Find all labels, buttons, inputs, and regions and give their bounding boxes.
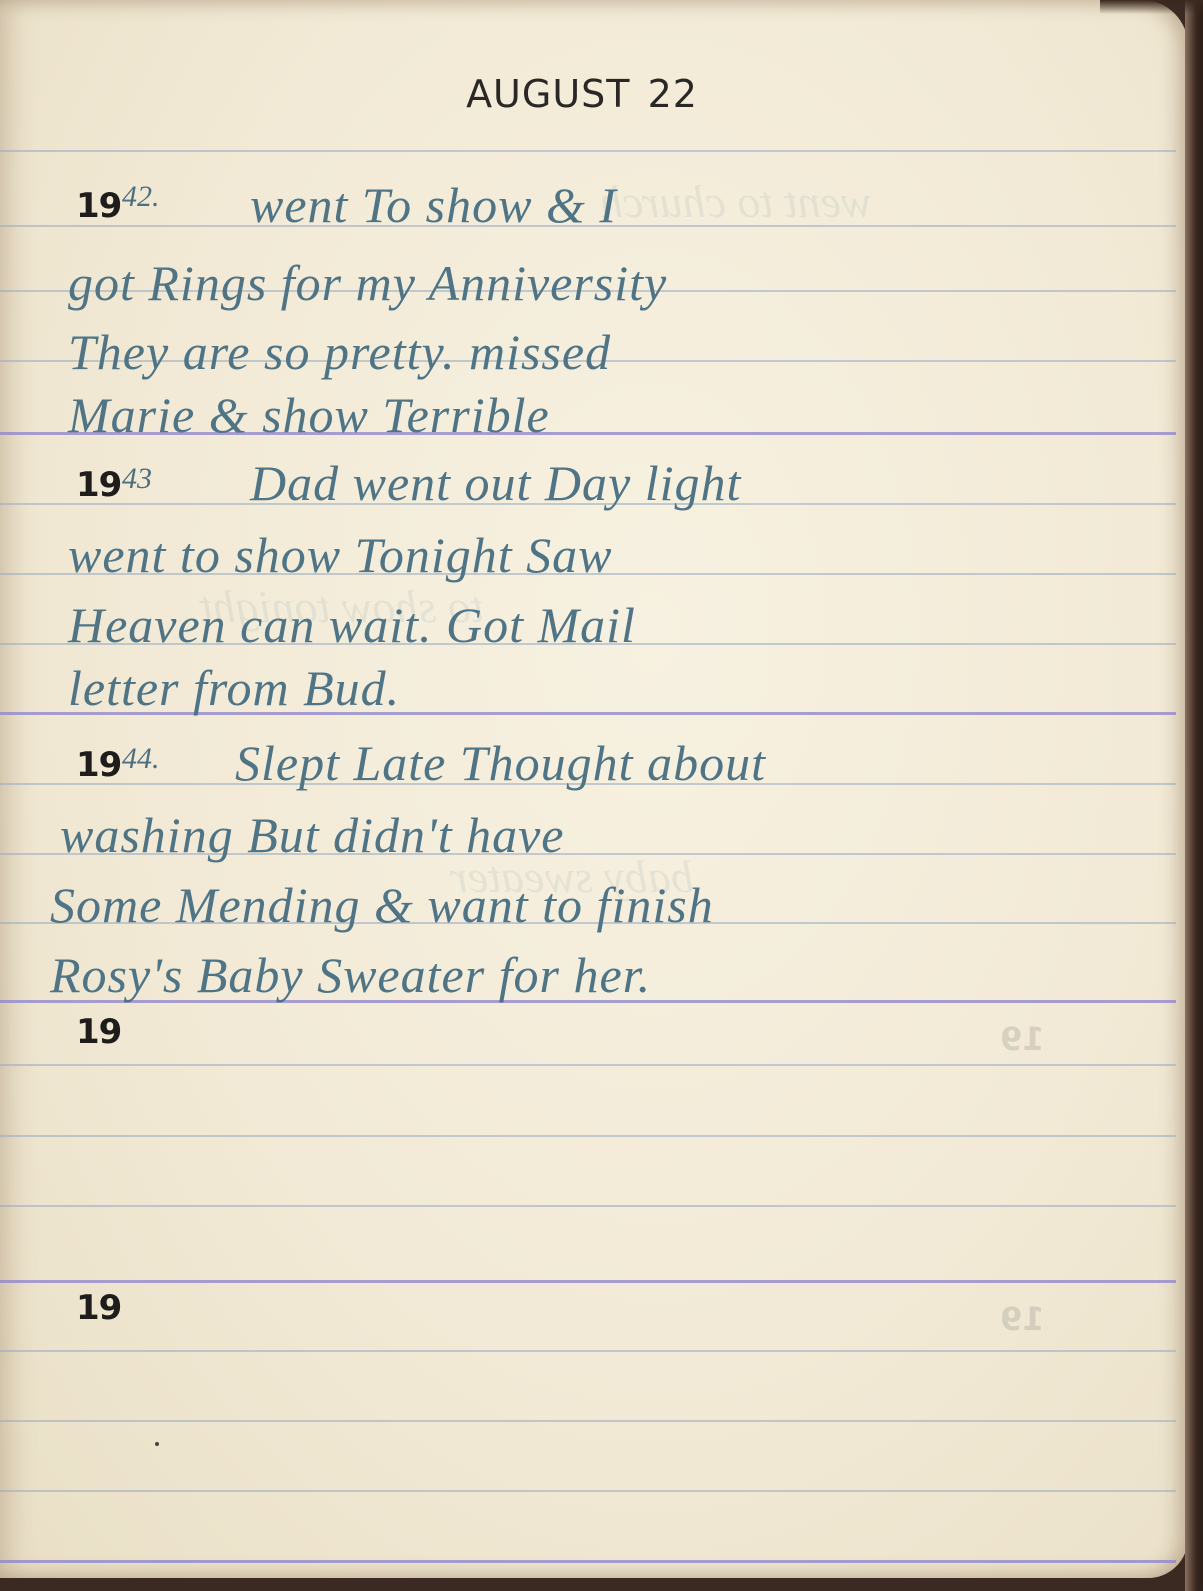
year-prefix: 19 (76, 1012, 121, 1052)
bleed-through-writing: went to church (600, 175, 872, 228)
entry-line: Rosy's Baby Sweater for her. (50, 950, 651, 1000)
ink-speck (155, 1442, 159, 1446)
ruled-line (0, 150, 1176, 152)
bleed-through-year: 19 (1000, 1020, 1045, 1058)
book-edge (1185, 0, 1203, 1591)
ruled-line (0, 1064, 1176, 1066)
ruled-line (0, 1135, 1176, 1137)
year-suffix: 42. (122, 180, 160, 214)
entry-line: got Rings for my Anniversity (68, 258, 667, 308)
ruled-line (0, 1205, 1176, 1207)
page-day: 22 (648, 72, 698, 116)
ruled-line (0, 1420, 1176, 1422)
diary-page: AUGUST 22 went to church to show tonight… (0, 0, 1188, 1578)
entry-line: Slept Late Thought about (235, 738, 766, 788)
bleed-through-year: 19 (1000, 1300, 1045, 1338)
section-divider (0, 1280, 1176, 1283)
entry-line: Heaven can wait. Got Mail (68, 600, 636, 650)
entry-line: Marie & show Terrible (68, 390, 550, 440)
ruled-line (0, 1490, 1176, 1492)
book-edge-top (1100, 0, 1203, 14)
ruled-line (0, 1350, 1176, 1352)
entry-line: Some Mending & want to finish (50, 880, 714, 930)
section-divider (0, 1560, 1176, 1563)
entry-line: washing But didn't have (60, 810, 565, 860)
entry-line: went to show Tonight Saw (68, 530, 612, 580)
year-suffix: 44. (122, 742, 160, 776)
page-date-heading: AUGUST 22 (0, 72, 1160, 116)
page-month: AUGUST (466, 72, 630, 116)
year-prefix: 19 (76, 1288, 121, 1328)
year-prefix: 19 (76, 186, 121, 226)
year-suffix: 43 (122, 462, 152, 496)
year-prefix: 19 (76, 745, 121, 785)
entry-line: went To show & I (250, 180, 617, 230)
year-prefix: 19 (76, 465, 121, 505)
entry-line: Dad went out Day light (250, 458, 741, 508)
entry-line: letter from Bud. (68, 663, 400, 713)
entry-line: They are so pretty. missed (68, 327, 611, 377)
